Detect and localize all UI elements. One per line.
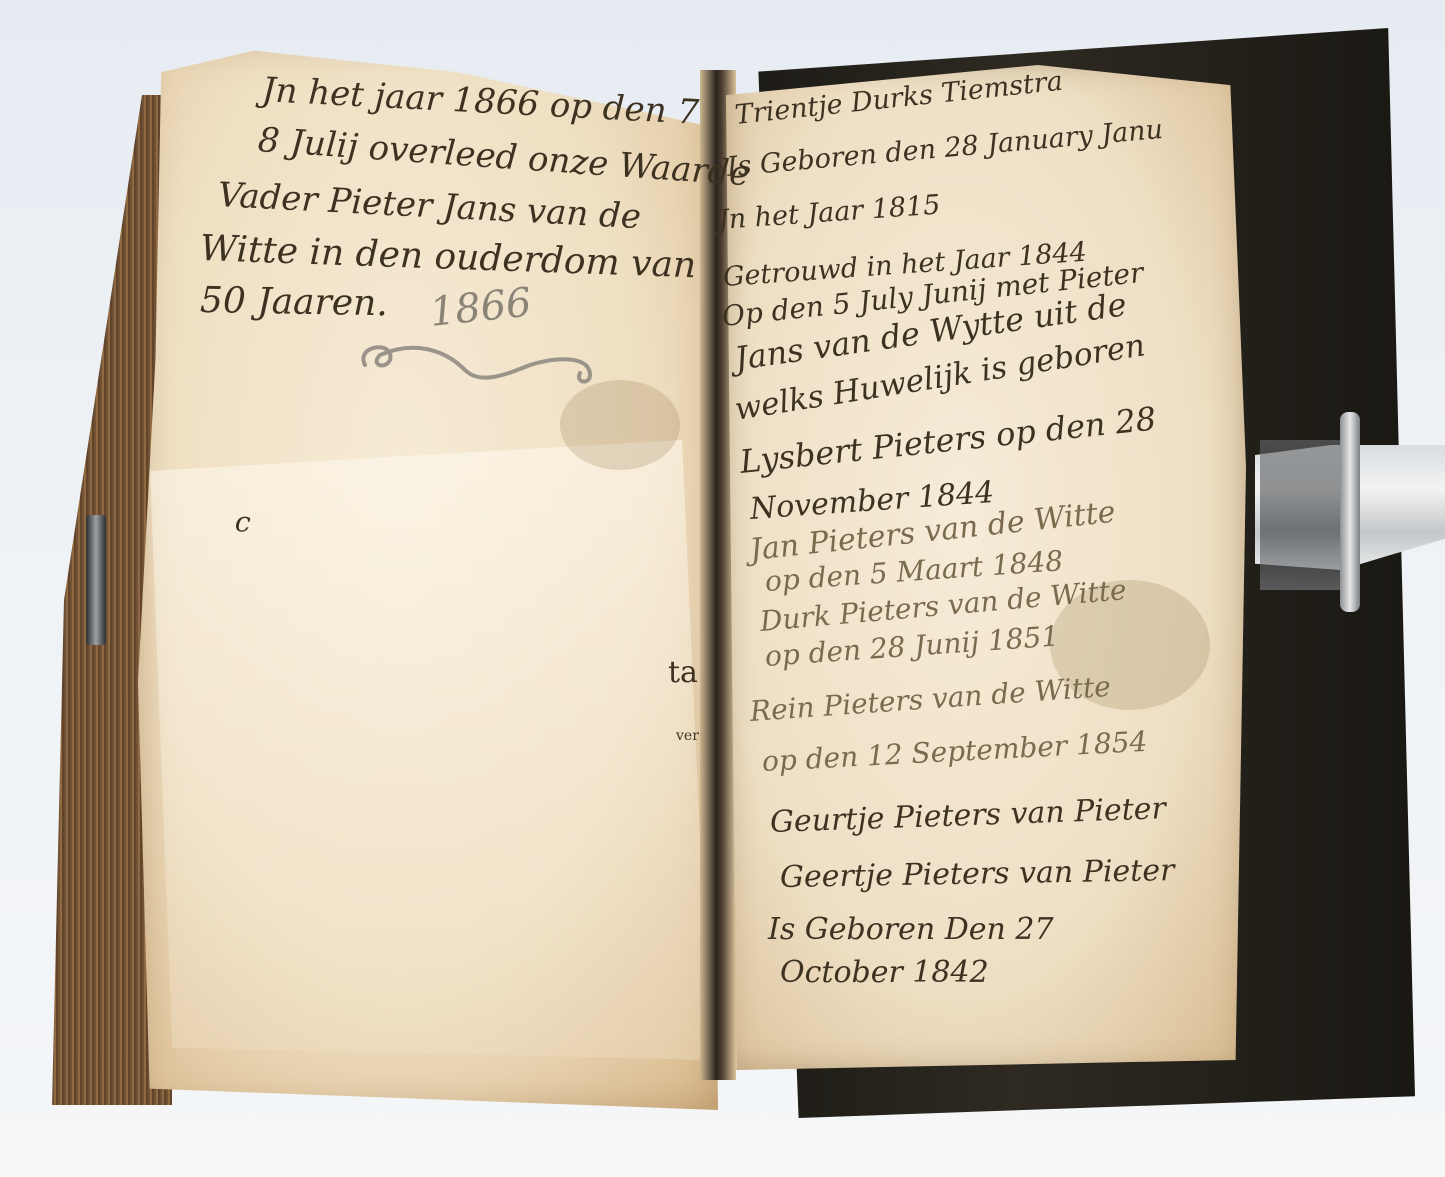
margin-mark-c: c [234,505,251,539]
margin-mark-ver: ver [676,728,699,744]
clasp-hinge-icon [1340,412,1360,612]
right-line-19: October 1842 [780,955,989,990]
right-line-17: Geertje Pieters van Pieter [780,853,1175,895]
margin-mark-ta: ta [668,655,698,690]
left-clasp-catch [86,515,106,645]
pencil-flourish-icon [355,335,600,395]
book-photo: Jn het jaar 1866 op den 7 8 Julij overle… [0,0,1445,1177]
clasp-tarnish [1260,440,1340,590]
left-line-5: 50 Jaaren. [200,280,388,324]
right-line-18: Is Geboren Den 27 [768,912,1054,947]
